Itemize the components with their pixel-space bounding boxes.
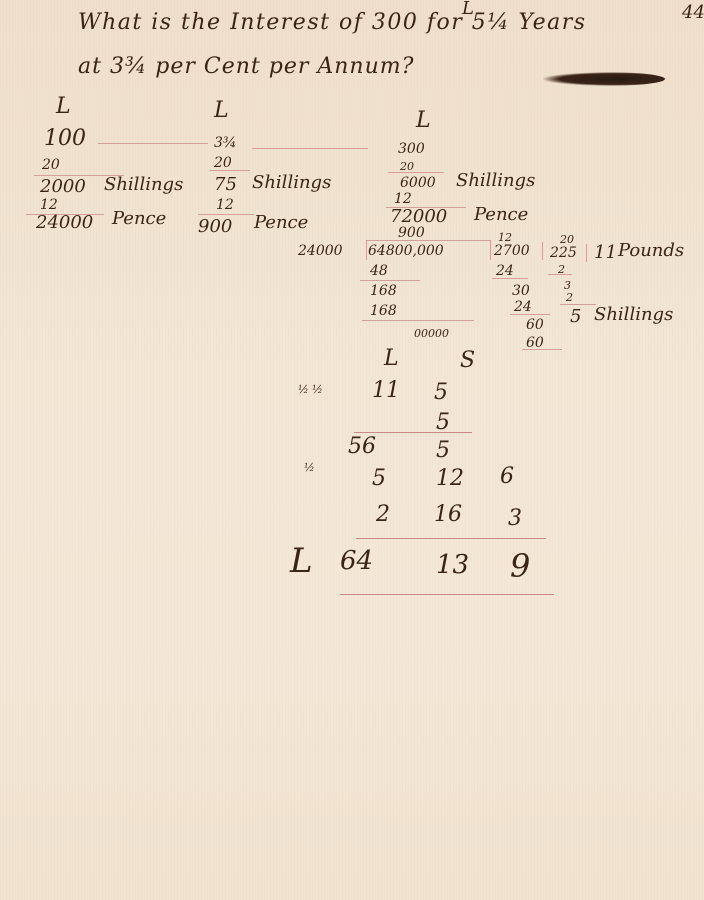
division-step: 48 xyxy=(370,264,388,278)
summary-s: 12 xyxy=(436,468,464,490)
summary-l: 56 xyxy=(348,436,376,458)
total-pound-sign: L xyxy=(290,544,313,578)
rule-line xyxy=(360,280,420,281)
rule-line xyxy=(388,172,444,173)
col1-unit: L xyxy=(56,96,71,118)
rule-line xyxy=(510,314,550,315)
division-bracket xyxy=(366,240,367,260)
by20-top: 20 xyxy=(560,234,574,245)
col3-shillings: 6000 xyxy=(400,176,436,190)
by12-step: 30 xyxy=(512,284,530,298)
col1-mult20: 20 xyxy=(42,158,60,172)
division-remainder: 00000 xyxy=(414,328,449,339)
rule-line xyxy=(356,538,546,539)
by12-step: 60 xyxy=(526,318,544,332)
question-line-1: What is the Interest of 300 for 5¼ Years xyxy=(78,12,587,34)
summary-d: 3 xyxy=(508,508,522,530)
col2-unit: L xyxy=(214,100,229,122)
col3-mult20: 20 xyxy=(400,161,414,172)
col3-pence: 72000 xyxy=(390,208,447,226)
total-d: 9 xyxy=(510,550,530,582)
col3-shillings-label: Shillings xyxy=(456,172,535,190)
col3-unit: L xyxy=(416,110,431,132)
dividend: 64800,000 xyxy=(368,244,444,258)
question-line-2: at 3¾ per Cent per Annum? xyxy=(78,56,414,78)
pounds-result: 11 xyxy=(594,244,617,262)
total-s: 13 xyxy=(436,552,469,578)
summary-s: 16 xyxy=(434,504,462,526)
summary-l: 2 xyxy=(376,504,390,526)
guide-line xyxy=(98,143,208,144)
quotient-pence: 2700 xyxy=(494,244,530,258)
col2-pence-label: Pence xyxy=(254,214,308,232)
summary-s: 5 xyxy=(436,440,450,462)
by20-step: 3 xyxy=(564,280,571,291)
rule-line xyxy=(548,274,572,275)
shillings-result: 5 xyxy=(570,308,581,326)
rule-line xyxy=(198,214,254,215)
summary-d: 6 xyxy=(500,466,514,488)
col1-pence: 24000 xyxy=(36,214,93,232)
by20-step: 2 xyxy=(566,292,573,303)
division-step: 168 xyxy=(370,284,397,298)
col3-mult900: 900 xyxy=(398,226,425,240)
rule-line xyxy=(522,349,562,350)
half-marks: ½ ½ xyxy=(298,384,323,395)
quotient-shillings: 225 xyxy=(550,246,577,260)
page-number: 44 xyxy=(682,4,704,22)
rule-line xyxy=(210,170,250,171)
col1-shillings: 2000 xyxy=(40,178,86,196)
ink-blot xyxy=(543,72,665,86)
col1-shillings-label: Shillings xyxy=(104,176,183,194)
col2-mult12: 12 xyxy=(216,198,234,212)
guide-line xyxy=(252,148,368,149)
summary-l: 5 xyxy=(372,468,386,490)
division-step: 168 xyxy=(370,304,397,318)
division-bracket xyxy=(586,244,587,262)
rule-line xyxy=(362,320,474,321)
by12-step: 24 xyxy=(496,264,514,278)
summary-header-L: L xyxy=(384,348,399,370)
by12-top: 12 xyxy=(498,232,512,243)
col2-shillings: 75 xyxy=(214,176,237,194)
col2-pence: 900 xyxy=(198,218,232,236)
rule-line xyxy=(354,432,472,433)
col1-pounds: 100 xyxy=(44,128,86,150)
rule-line xyxy=(492,278,528,279)
manuscript-page: What is the Interest of 300 for 5¼ Years… xyxy=(0,0,704,900)
summary-l: 11 xyxy=(372,380,400,402)
col2-mult20: 20 xyxy=(214,156,232,170)
summary-s: 5 xyxy=(436,412,450,434)
shillings-label: Shillings xyxy=(594,306,673,324)
division-bracket xyxy=(490,240,491,260)
half-mark: ½ xyxy=(304,462,315,473)
summary-header-S: S xyxy=(460,350,475,372)
rule-line xyxy=(366,240,490,241)
rule-line xyxy=(560,304,596,305)
col2-shillings-label: Shillings xyxy=(252,174,331,192)
total-l: 64 xyxy=(340,548,373,574)
division-bracket xyxy=(542,242,543,260)
pounds-label: Pounds xyxy=(618,242,684,260)
divisor: 24000 xyxy=(298,244,343,258)
by12-step: 24 xyxy=(514,300,532,314)
col2-pounds: 3¾ xyxy=(214,136,236,150)
col1-mult12: 12 xyxy=(40,198,58,212)
col1-pence-label: Pence xyxy=(112,210,166,228)
col3-pence-label: Pence xyxy=(474,206,528,224)
heading-pound-mark: L xyxy=(462,0,474,18)
by12-step: 60 xyxy=(526,336,544,350)
rule-line xyxy=(340,594,554,595)
col3-pounds: 300 xyxy=(398,142,425,156)
col3-mult12: 12 xyxy=(394,192,412,206)
summary-s: 5 xyxy=(434,382,448,404)
